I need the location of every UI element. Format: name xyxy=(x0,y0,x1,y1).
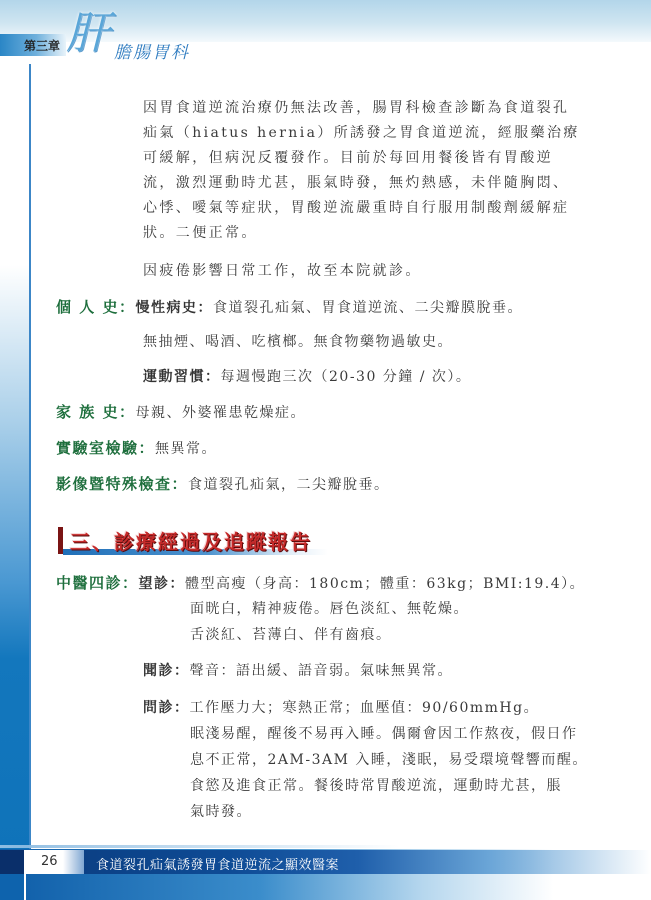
chapter-subtitle: 膽腸胃科 xyxy=(114,38,190,63)
left-vertical-rule xyxy=(29,64,31,854)
chapter-title-liver: 肝 xyxy=(66,12,110,56)
inquiry-line-1: 工作壓力大；寒熱正常；血壓值：90/60mmHg。 xyxy=(190,700,540,716)
personal-history-row: 個 人 史：慢性病史：食道裂孔疝氣、胃食道逆流、二尖瓣膜脫垂。 xyxy=(56,296,523,319)
inquiry-line-3: 息不正常，2AM-3AM 入睡，淺眠，易受環境聲響而醒。 xyxy=(190,749,588,771)
tcm-inspection-row: 中醫四診：望診：體型高瘦（身高：180cm；體重：63kg；BMI:19.4）。 xyxy=(56,572,585,595)
lab-row: 實驗室檢驗：無異常。 xyxy=(56,437,217,460)
listening-value: 聲音：語出緩、語音弱。氣味無異常。 xyxy=(190,663,454,679)
history-paragraph-2: 因疲倦影響日常工作，故至本院就診。 xyxy=(143,259,583,284)
imaging-label: 影像暨特殊檢查： xyxy=(56,475,188,493)
inspection-line-2: 面晄白，精神疲倦。唇色淡紅、無乾燥。 xyxy=(190,598,469,620)
section-accent-bar xyxy=(58,527,63,554)
inspection-line-1: 體型高瘦（身高：180cm；體重：63kg；BMI:19.4）。 xyxy=(185,576,585,592)
history-paragraph-1: 因胃食道逆流治療仍無法改善，腸胃科檢查診斷為食道裂孔疝氣（hiatus hern… xyxy=(143,96,583,246)
exercise-value: 每週慢跑三次（20-30 分鐘 / 次）。 xyxy=(221,369,472,385)
listening-label: 聞診： xyxy=(143,663,190,679)
imaging-row: 影像暨特殊檢查：食道裂孔疝氣，二尖瓣脫垂。 xyxy=(56,473,390,496)
section-title: 三、診療經過及追蹤報告 xyxy=(70,526,312,555)
lab-value: 無異常。 xyxy=(155,441,217,457)
tcm-diagnosis-label: 中醫四診： xyxy=(56,574,139,592)
chronic-disease-value: 食道裂孔疝氣、胃食道逆流、二尖瓣膜脫垂。 xyxy=(213,300,523,316)
footer-top-rule xyxy=(0,845,400,848)
chronic-disease-label: 慢性病史： xyxy=(135,300,213,316)
lab-label: 實驗室檢驗： xyxy=(56,439,155,457)
page-number: 26 xyxy=(41,854,58,869)
footer-left-lower-block xyxy=(0,874,24,900)
exercise-row: 運動習慣：每週慢跑三次（20-30 分鐘 / 次）。 xyxy=(143,366,471,388)
listening-row: 聞診：聲音：語出緩、語音弱。氣味無異常。 xyxy=(143,660,453,682)
inquiry-label: 問診： xyxy=(143,700,190,716)
footer-title: 食道裂孔疝氣誘發胃食道逆流之顯效醫案 xyxy=(96,854,339,873)
personal-history-label: 個 人 史： xyxy=(56,298,135,316)
footer-left-block xyxy=(0,850,24,874)
inquiry-row: 問診：工作壓力大；寒熱正常；血壓值：90/60mmHg。 xyxy=(143,697,539,719)
footer-divider xyxy=(24,874,26,900)
left-gradient-bar xyxy=(0,265,29,900)
imaging-value: 食道裂孔疝氣，二尖瓣脫垂。 xyxy=(188,477,390,493)
family-history-label: 家 族 史： xyxy=(56,403,135,421)
chapter-label: 第三章 xyxy=(24,37,60,54)
inquiry-line-5: 氣時發。 xyxy=(190,801,252,823)
habits-text: 無抽煙、喝酒、吃檳榔。無食物藥物過敏史。 xyxy=(143,331,453,353)
inspection-line-3: 舌淡紅、苔薄白、伴有齒痕。 xyxy=(190,624,392,646)
inquiry-line-4: 食慾及進食正常。餐後時常胃酸逆流，運動時尤甚，脹 xyxy=(190,775,562,797)
exercise-label: 運動習慣： xyxy=(143,369,221,385)
inquiry-line-2: 眠淺易醒，醒後不易再入睡。偶爾會因工作熬夜，假日作 xyxy=(190,723,578,745)
family-history-row: 家 族 史：母親、外婆罹患乾燥症。 xyxy=(56,401,306,424)
inspection-label: 望診： xyxy=(139,576,186,592)
family-history-value: 母親、外婆罹患乾燥症。 xyxy=(135,405,306,421)
